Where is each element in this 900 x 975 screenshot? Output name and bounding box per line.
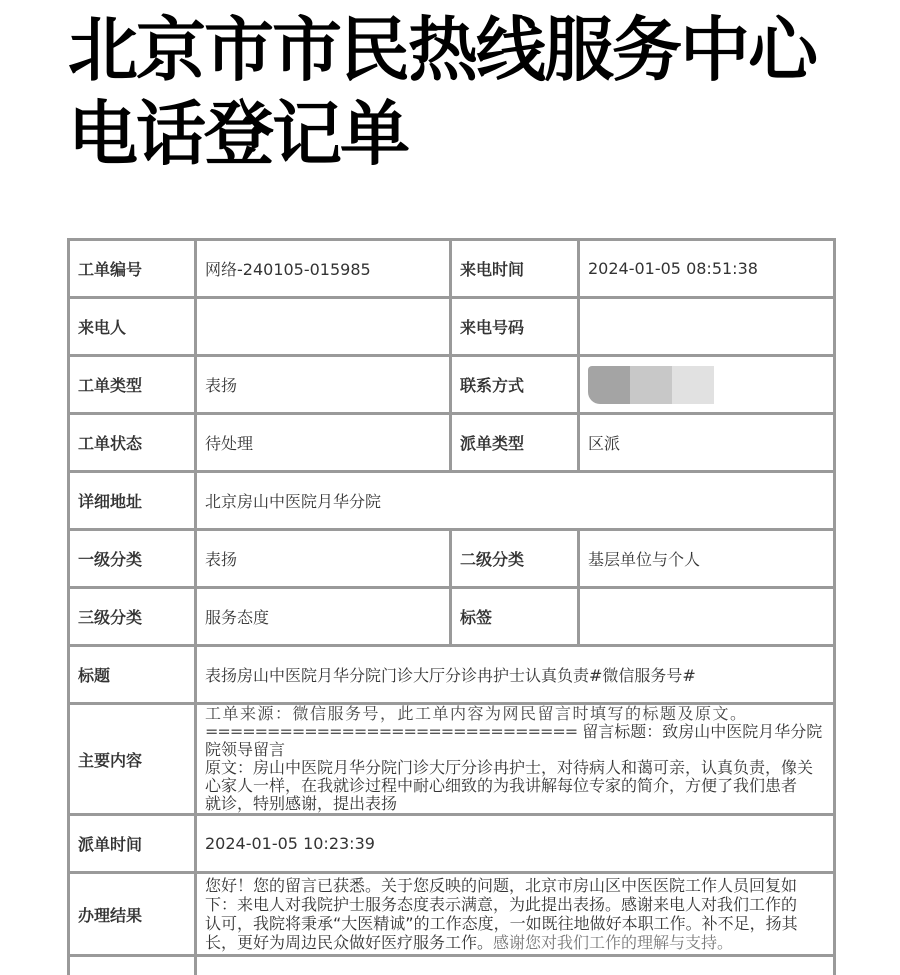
result-line: 长，更好为周边民众做好医疗服务工作。感谢您对我们工作的理解与支持。 bbox=[205, 933, 833, 952]
call-time-value: 2024-01-05 08:51:38 bbox=[579, 240, 835, 298]
empty-label-cell bbox=[69, 956, 196, 975]
main-content-label: 主要内容 bbox=[69, 704, 196, 815]
main-content-value: 工单来源：微信服务号，此工单内容为网民留言时填写的标题及原文。 ========… bbox=[196, 704, 835, 815]
ticket-type-label: 工单类型 bbox=[69, 356, 196, 414]
subject-label: 标题 bbox=[69, 646, 196, 704]
ticket-type-value: 表扬 bbox=[196, 356, 451, 414]
category-2-label: 二级分类 bbox=[451, 530, 579, 588]
redaction-block bbox=[630, 366, 672, 404]
category-3-label: 三级分类 bbox=[69, 588, 196, 646]
tags-label: 标签 bbox=[451, 588, 579, 646]
contact-label: 联系方式 bbox=[451, 356, 579, 414]
row-ticket-status: 工单状态 待处理 派单类型 区派 bbox=[69, 414, 835, 472]
dispatch-time-label: 派单时间 bbox=[69, 815, 196, 873]
empty-value-cell bbox=[196, 956, 835, 975]
redaction-block bbox=[672, 366, 714, 404]
main-content-line: 工单来源：微信服务号，此工单内容为网民留言时填写的标题及原文。 bbox=[205, 705, 833, 723]
row-dispatch-time: 派单时间 2024-01-05 10:23:39 bbox=[69, 815, 835, 873]
main-content-line: 心家人一样，在我就诊过程中耐心细致的为我讲解每位专家的简介，方便了我们患者 bbox=[205, 777, 833, 795]
caller-value bbox=[196, 298, 451, 356]
page-title: 北京市市民热线服务中心电话登记单 bbox=[68, 8, 858, 176]
ticket-status-label: 工单状态 bbox=[69, 414, 196, 472]
category-1-value: 表扬 bbox=[196, 530, 451, 588]
row-category-3: 三级分类 服务态度 标签 bbox=[69, 588, 835, 646]
contact-value-redacted bbox=[579, 356, 835, 414]
result-line: 下：来电人对我院护士服务态度表示满意，为此提出表扬。感谢来电人对我们工作的 bbox=[205, 895, 833, 914]
row-result: 办理结果 您好！您的留言已获悉。关于您反映的问题，北京市房山区中医医院工作人员回… bbox=[69, 873, 835, 956]
dispatch-type-value: 区派 bbox=[579, 414, 835, 472]
category-1-label: 一级分类 bbox=[69, 530, 196, 588]
result-line: 您好！您的留言已获悉。关于您反映的问题，北京市房山区中医医院工作人员回复如 bbox=[205, 876, 833, 895]
category-2-value: 基层单位与个人 bbox=[579, 530, 835, 588]
main-content-line: ============================== 留言标题：致房山中… bbox=[205, 723, 833, 759]
row-address: 详细地址 北京房山中医院月华分院 bbox=[69, 472, 835, 530]
row-main-content: 主要内容 工单来源：微信服务号，此工单内容为网民留言时填写的标题及原文。 ===… bbox=[69, 704, 835, 815]
tags-value bbox=[579, 588, 835, 646]
call-time-label: 来电时间 bbox=[451, 240, 579, 298]
main-content-line: 就诊，特别感谢，提出表扬 bbox=[205, 795, 833, 813]
row-category: 一级分类 表扬 二级分类 基层单位与个人 bbox=[69, 530, 835, 588]
caller-number-label: 来电号码 bbox=[451, 298, 579, 356]
ticket-no-value: 网络-240105-015985 bbox=[196, 240, 451, 298]
ticket-no-label: 工单编号 bbox=[69, 240, 196, 298]
result-text: 长，更好为周边民众做好医疗服务工作。 bbox=[205, 933, 493, 952]
address-label: 详细地址 bbox=[69, 472, 196, 530]
row-ticket-type: 工单类型 表扬 联系方式 bbox=[69, 356, 835, 414]
row-ticket-no: 工单编号 网络-240105-015985 来电时间 2024-01-05 08… bbox=[69, 240, 835, 298]
registration-form-table: 工单编号 网络-240105-015985 来电时间 2024-01-05 08… bbox=[67, 238, 836, 975]
redaction-block bbox=[588, 366, 630, 404]
address-value: 北京房山中医院月华分院 bbox=[196, 472, 835, 530]
caller-number-value bbox=[579, 298, 835, 356]
result-closing-text: 感谢您对我们工作的理解与支持。 bbox=[493, 933, 733, 952]
row-empty-continuation bbox=[69, 956, 835, 975]
ticket-status-value: 待处理 bbox=[196, 414, 451, 472]
dispatch-type-label: 派单类型 bbox=[451, 414, 579, 472]
subject-value: 表扬房山中医院月华分院门诊大厅分诊冉护士认真负责#微信服务号# bbox=[196, 646, 835, 704]
result-label: 办理结果 bbox=[69, 873, 196, 956]
result-line: 认可，我院将秉承“大医精诚”的工作态度，一如既往地做好本职工作。补不足，扬其 bbox=[205, 914, 833, 933]
caller-label: 来电人 bbox=[69, 298, 196, 356]
main-content-line: 原文：房山中医院月华分院门诊大厅分诊冉护士，对待病人和蔼可亲，认真负责，像关 bbox=[205, 759, 833, 777]
row-subject: 标题 表扬房山中医院月华分院门诊大厅分诊冉护士认真负责#微信服务号# bbox=[69, 646, 835, 704]
category-3-value: 服务态度 bbox=[196, 588, 451, 646]
separator-text: ============================== bbox=[205, 722, 577, 741]
result-value: 您好！您的留言已获悉。关于您反映的问题，北京市房山区中医医院工作人员回复如 下：… bbox=[196, 873, 835, 956]
row-caller: 来电人 来电号码 bbox=[69, 298, 835, 356]
dispatch-time-value: 2024-01-05 10:23:39 bbox=[196, 815, 835, 873]
